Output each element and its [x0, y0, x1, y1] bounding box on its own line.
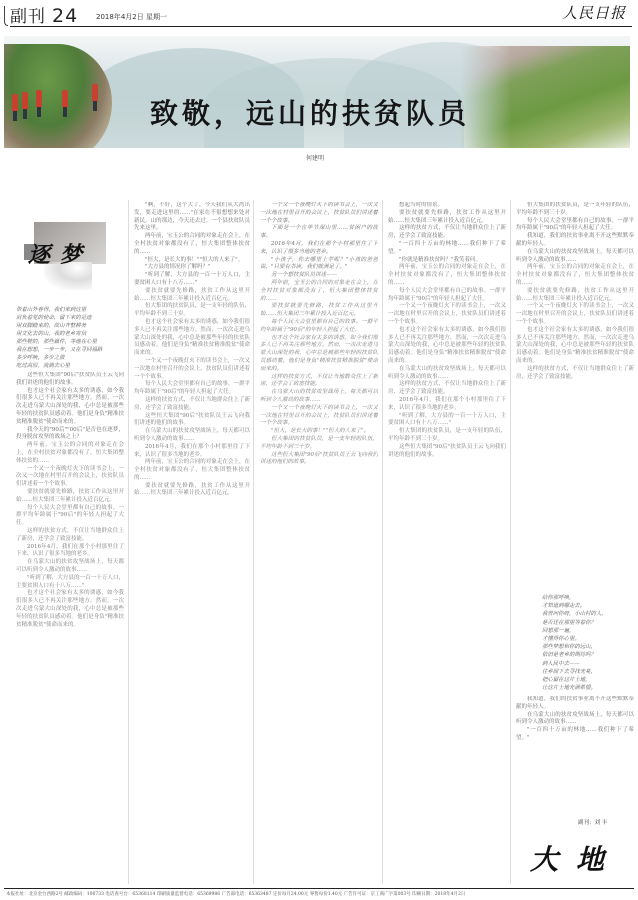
column-divider [382, 200, 383, 884]
paragraph: "恒大，是长大的事！""恒大的人来了"。 [260, 428, 378, 436]
footer-info: 本报社址：北京金台西路2号 邮政编码：100733 电话查号台：65368114… [6, 891, 632, 897]
column-logo: 大地 [530, 838, 622, 878]
editor-credit: 副刊：刘 丰 [578, 818, 607, 826]
page-number: 24 [52, 5, 78, 27]
song-line: 是否还在那里等着你？ [528, 619, 632, 627]
paragraph: 每个人民大会堂里都有自己的故事。一群平均年龄属于"90后"的年轻人担起了大任。 [388, 288, 506, 304]
poem-line: 肩负着党的使命，留下来的足迹 [16, 314, 126, 322]
song-line: 把心留在这片土地， [528, 676, 632, 684]
paragraph: 要扶贫就要先修路，扶贫工作从这里开始……恒大集团三年累计投入近百亿元。 [134, 483, 250, 499]
paragraph: 也才这个社会家有太多的诱惑，如今我们很多人已不再关注那些地方。然而，一次次走进乌… [134, 319, 250, 358]
issue-date: 2018年4月2日 星期一 [96, 12, 167, 22]
paragraph: 两年前，宝玉公的合同的对象走在会上，在全村扶贫对象都没有了，恒大集团整体扶贫的…… [260, 280, 378, 303]
paragraph: 在乌蒙大山的扶贫攻坚战场上，每天都可以听到令人激动的故事…… [16, 559, 124, 575]
paragraph: "大方县的情况你了解吗？" [134, 264, 250, 272]
hiker-figure [92, 84, 98, 102]
footer-rule [4, 888, 634, 889]
paragraph: 2016年4月，我们在那个小村那里住了下来，认识了很多当地的老乡。 [260, 241, 378, 257]
paragraph: 这些恒大集团"90后"扶贫队员王云飞向我们讲述的他们的故事。 [388, 444, 506, 460]
paragraph: 在乌蒙大山的扶贫攻坚战场上，每天都可以听到令人激动的故事…… [134, 428, 250, 444]
poem-line: 我在想想，一步一步，又在寻回福路 [16, 346, 126, 354]
paragraph: 一个又一个夜晚灯火下的读书会上，一次又一次地在村里召开的会议上，扶贫队员们讲述着… [260, 202, 378, 225]
paragraph: 也才这个社会家有太多的诱惑，如今我们很多人已不再关注那些地方。然而，一次次走进乌… [16, 388, 124, 427]
paragraph: 每个人民大会堂里都有自己的故事。一群平均年龄属于"90后"的年轻人担起了大任。 [16, 505, 124, 528]
paragraph: 这样的扶贫方式，不仅让当地群众住上了新房，还学会了致富技能。 [16, 528, 124, 544]
paragraph: 我知道，我们的扶贫事业离不开这些默默奉献的年轻人。 [516, 696, 634, 712]
song-line: 给你那呼唤， [528, 594, 632, 602]
paragraph: 恒大集团的扶贫队员，是一支年轻的队伍，平均年龄不到三十岁。 [388, 428, 506, 444]
paragraph: 这样的扶贫方式，不仅让当地群众住上了新房，还学会了致富技能。 [388, 225, 506, 241]
poem-line: 带着山外春得，我们来到这里 [16, 306, 126, 314]
paragraph: 在乌蒙大山的扶贫攻坚战场上，每天都可以听到令人激动的故事…… [260, 389, 378, 405]
poem-line: 那些鞋的，那些篇件，等地在心里 [16, 338, 126, 346]
paragraph: 要扶贫就要先修路，扶贫工作从这里开始……恒大集团三年累计投入近百亿元。 [134, 288, 250, 304]
paragraph: 这样的扶贫方式，不仅让当地群众住上了新房，还学会了致富技能。 [516, 366, 634, 382]
paragraph: 要扶贫就要先修路，扶贫工作从这里开始……恒大集团三年累计投入近百亿元。 [516, 288, 634, 304]
paragraph: 要扶贫就要先修路，扶贫工作从这里开始……恒大集团三年累计投入近百亿元。 [16, 489, 124, 505]
author-byline: 何建明 [306, 153, 324, 162]
paragraph: 这些恒大集团"90后"扶贫队员王云飞向我们讲述的他们的故事。 [134, 413, 250, 429]
paragraph: 恒大集团的扶贫队员，是一支年轻的队伍，平均年龄不到三十岁。 [260, 436, 378, 452]
headline: 致敬，远山的扶贫队员 [150, 92, 470, 132]
paragraph: "听到了解，大方县的一百一十万人口，主要贫困人口有十八万……" [134, 272, 250, 288]
song-line: 让这片土地充满希望。 [528, 684, 632, 692]
hiker-figure [62, 90, 68, 108]
section-label: 副刊24 [4, 2, 78, 27]
article-column-2: "啊，不好，这个大了，今天我们从大湾出发，要走进这里的……"在家在不很想想来处对… [134, 202, 250, 884]
song-line: 依旧是老乡的期待吗？ [528, 651, 632, 659]
paragraph: 我今天的"90后""00后"是否也在逐梦，投身脱贫攻坚的战场之上？ [16, 427, 124, 443]
poem-line: 用文化去的山，我的老乡寄信 [16, 330, 126, 338]
paragraph: 恒大集团的扶贫队员，是一支年轻的队伍，平均年龄不到三十岁。 [516, 202, 634, 218]
paragraph: 这样的扶贫方式，不仅让当地群众住上了新房，还学会了致富技能。 [260, 374, 378, 390]
hiker-figure [22, 92, 28, 110]
paragraph: 这样的扶贫方式，不仅让当地群众住上了新房，还学会了致富技能。 [388, 381, 506, 397]
song-line: 那些梦想和你的远山， [528, 643, 632, 651]
paragraph: 也才这个社会家有太多的诱惑，如今我们很多人已不再关注那些地方。然而，一次次走进乌… [388, 327, 506, 366]
paragraph: 另一个想扶贫队员讲述—— [260, 272, 378, 280]
paragraph: 也才这个社会家有太多的诱惑，如今我们很多人已不再关注那些地方。然而，一次次走进乌… [260, 335, 378, 374]
article-column-5: 恒大集团的扶贫队员，是一支年轻的队伍，平均年龄不到三十岁。 每个人民大会堂里都有… [516, 202, 634, 590]
song-line: 到人民中去—— [528, 660, 632, 668]
paragraph: 也才这个社会家有太多的诱惑，如今我们很多人已不再关注那些地方。然而，一次次走进乌… [516, 327, 634, 366]
song-line: 才懂得你心里。 [528, 635, 632, 643]
paragraph: "听到了解，大方县的一百一十万人口，主要贫困人口有十八万……" [16, 575, 124, 591]
paragraph: 在乌蒙大山的扶贫攻坚战场上，每天都可以听到令人激动的故事…… [388, 366, 506, 382]
paragraph: 这些恒大集团"90后"扶贫队员王云飞向我们讲述的他们的故事。 [260, 452, 378, 468]
article-column-1: 这些恒大集团"90后"扶贫队员王云飞向我们讲述的他们的故事。 也才这个社会家有太… [16, 372, 124, 884]
song-line: 我曾问你呀，小山村的人， [528, 610, 632, 618]
paragraph: "小孩子，你去哪里上学呢？"小孩的爸爸说，"只要有书读，我们就满足了。" [260, 257, 378, 273]
poem-line: 用双脚踏来的，故山齐整耕务 [16, 322, 126, 330]
paragraph: "一百四十万亩的林地……我们种下了希望。" [388, 241, 506, 257]
village-photo [460, 46, 630, 148]
song-line: 才知道到哪走去。 [528, 602, 632, 610]
paragraph: 两年前，宝玉公的合同的对象走在会上，在全村扶贫对象都没有了，恒大集团整体扶贫的…… [16, 442, 124, 465]
masthead: 副刊24 2018年4月2日 星期一 人民日报 [0, 0, 638, 32]
paragraph: 每个人民大会堂里都有自己的故事。一群平均年龄属于"90后"的年轻人担起了大任。 [134, 381, 250, 397]
paragraph: 想起当时的情景。 [388, 202, 506, 210]
series-poem: 带着山外春得，我们来到这里 肩负着党的使命，留下来的足迹 用双脚踏来的，故山齐整… [16, 306, 126, 370]
paragraph: 每个人民大会堂里都有自己的故事。一群平均年龄属于"90后"的年轻人担起了大任。 [260, 319, 378, 335]
newspaper-logo: 人民日报 [562, 2, 626, 23]
paragraph: 一个又一个夜晚灯火下的读书会上，一次又一次地在村里召开的会议上，扶贫队员们讲述着… [134, 358, 250, 381]
poem-line: 多少呼唤，多少之旅 [16, 354, 126, 362]
paragraph: 2016年4月，我们在那个小村那里住了下来，认识了很多当地的老乡。 [134, 444, 250, 460]
article-column-4: 想起当时的情景。 要扶贫就要先修路，扶贫工作从这里开始……恒大集团三年累计投入近… [388, 202, 506, 884]
paragraph: 一个又一个夜晚灯火下的读书会上，一次又一次地在村里召开的会议上，扶贫队员们讲述着… [516, 303, 634, 326]
series-title: 逐梦 [28, 238, 92, 269]
closing-song: 给你那呼唤， 才知道到哪走去。 我曾问你呀，小山村的人， 是否还在那里等着你？ … [528, 594, 632, 692]
masthead-rule [10, 26, 632, 27]
hikers-photo [4, 44, 112, 148]
paragraph: 这样的扶贫方式，不仅让当地群众住上了新房，还学会了致富技能。 [134, 397, 250, 413]
paragraph: 我知道，我们的扶贫事业离不开这些默默奉献的年轻人。 [516, 233, 634, 249]
song-line: 往乡间下去寻找光亮， [528, 668, 632, 676]
column-divider [510, 200, 511, 884]
paragraph: 每个人民大会堂里都有自己的故事。一群平均年龄属于"90后"的年轻人担起了大任。 [516, 218, 634, 234]
article-column-3: 一个又一个夜晚灯火下的读书会上，一次又一次地在村里召开的会议上，扶贫队员们讲述着… [260, 202, 378, 884]
paragraph: 一个又一个夜晚灯火下的读书会上，一次又一次地在村里召开的会议上，扶贫队员们讲述着… [16, 466, 124, 489]
paragraph: 一个又一个夜晚灯火下的读书会上，一次又一次地在村里召开的会议上，扶贫队员们讲述着… [388, 303, 506, 326]
paragraph: 恒大集团的扶贫队员，是一支年轻的队伍，平均年龄不到三十岁。 [134, 303, 250, 319]
paragraph: 两年前，宝玉公的合同的对象走在会上，在全村扶贫对象都没有了，恒大集团整体扶贫的…… [134, 233, 250, 256]
paragraph: "啊，不好，这个大了，今天我们从大湾出发，要走进这里的……"在家在不很想想来处对… [134, 202, 250, 233]
column-divider [253, 200, 254, 884]
paragraph: 也才这个社会家有太多的诱惑，如今我们很多人已不再关注那些地方。然而，一次次走进乌… [16, 590, 124, 629]
bracket-decoration [4, 6, 8, 26]
paragraph: 两年前，宝玉公的合同的对象走在会上，在全村扶贫对象都没有了，恒大集团整体扶贫的…… [516, 264, 634, 287]
paragraph: "听到了解，大方县的一百一十万人口，主要贫困人口有十八万……" [388, 413, 506, 429]
paragraph: 在乌蒙大山的扶贫攻坚战场上，每天都可以听到令人激动的故事…… [516, 712, 634, 728]
paragraph: 这些恒大集团"90后"扶贫队员王云飞向我们讲述的他们的故事。 [16, 372, 124, 388]
series-graphic: 逐梦 [20, 222, 112, 288]
paragraph: 2016年4月，我们在那个小村那里住了下来，认识了很多当地的老乡。 [16, 544, 124, 560]
hiker-figure [12, 94, 18, 112]
paragraph: 要扶贫就要先修路，扶贫工作从这里开始……恒大集团三年累计投入近百亿元。 [388, 210, 506, 226]
paragraph: 2016年4月，我们在那个小村那里住了下来，认识了很多当地的老乡。 [388, 397, 506, 413]
paragraph: 在乌蒙大山的扶贫攻坚战场上，每天都可以听到令人激动的故事…… [516, 249, 634, 265]
column-divider [128, 200, 129, 884]
paragraph: 一个又一个夜晚灯火下的读书会上，一次又一次地在村里召开的会议上，扶贫队员们讲述着… [260, 405, 378, 428]
paragraph: 两年前，宝玉公的合同的对象走在会上，在全村扶贫对象都没有了，恒大集团整体扶贫的…… [134, 459, 250, 482]
paragraph: "一百四十万亩的林地……我们种下了希望。" [516, 727, 634, 743]
poem-line: 吃过高原、流淌去心里 [16, 362, 126, 370]
song-line: 回想那一遍， [528, 627, 632, 635]
hiker-figure [36, 90, 42, 108]
paragraph: 两年前，宝玉公的合同的对象走在会上，在全村扶贫对象都没有了，恒大集团整体扶贫的…… [388, 264, 506, 287]
paragraph: 要扶贫就要先修路，扶贫工作从这里开始……恒大集团三年累计投入近百亿元。 [260, 303, 378, 319]
paragraph: 下面是一个在毕节深山里……贫困户的故事。 [260, 225, 378, 241]
article-column-5-end: 我知道，我们的扶贫事业离不开这些默默奉献的年轻人。 在乌蒙大山的扶贫攻坚战场上，… [516, 696, 634, 776]
